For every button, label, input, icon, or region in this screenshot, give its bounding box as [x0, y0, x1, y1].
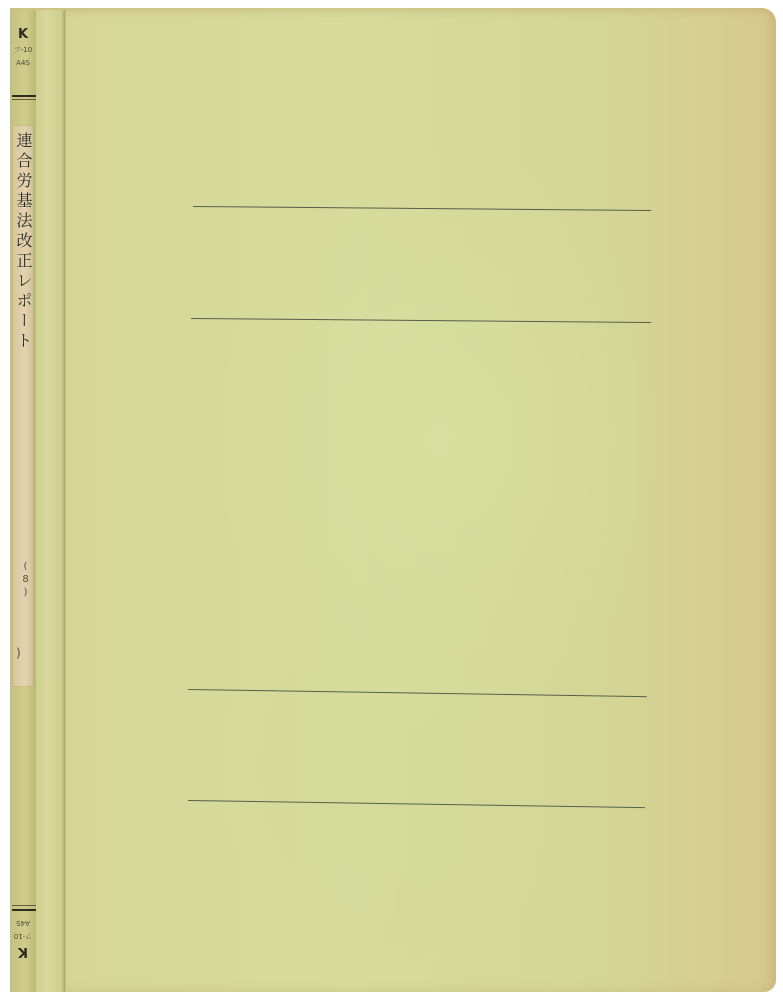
spine-label-close: )	[16, 646, 21, 660]
spine-divider-thin	[12, 99, 36, 100]
spine-label: 連合労基法改正レポート (8) )	[13, 126, 33, 686]
brand-logo-icon: K	[12, 28, 34, 42]
product-code-bottom-line2: A4S	[12, 918, 34, 927]
spine-divider-bottom	[12, 909, 36, 911]
hinge-crease	[62, 10, 66, 992]
folder-hinge	[36, 10, 65, 992]
product-code-line2: A4S	[12, 59, 34, 68]
product-code-line1: フ-10	[12, 46, 34, 55]
spine-label-title: 連合労基法改正レポート	[13, 132, 33, 352]
spine-bottom-mark: K フ-10 A4S	[12, 918, 34, 958]
spine-label-note: (8)	[15, 561, 31, 600]
brand-logo-bottom-icon: K	[12, 944, 34, 958]
spine-divider-bottom-thin	[12, 905, 36, 906]
product-code-bottom-line1: フ-10	[12, 931, 34, 940]
spine-top-mark: K フ-10 A4S	[12, 28, 34, 68]
file-folder-cover	[10, 8, 776, 992]
spine-divider	[12, 95, 36, 97]
